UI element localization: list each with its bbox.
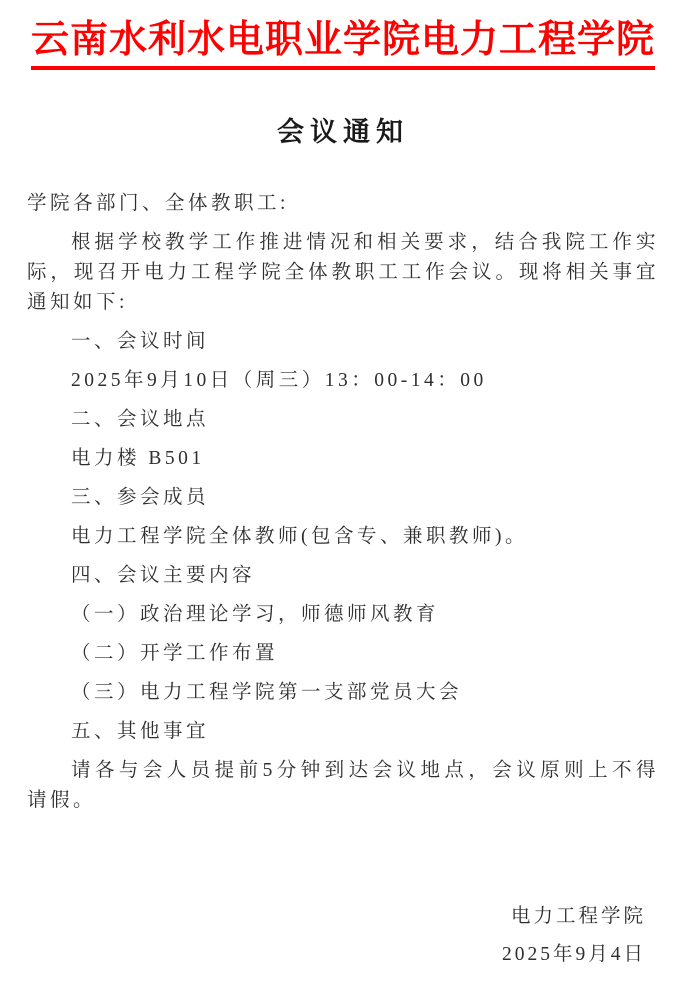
signature-org: 电力工程学院 (27, 898, 646, 936)
signature-date: 2025年9月4日 (27, 936, 646, 974)
letterhead-title: 云南水利水电职业学院电力工程学院 (27, 18, 659, 70)
notice-body: 学院各部门、全体教职工: 根据学校教学工作推进情况和相关要求，结合我院工作实际，… (27, 189, 659, 816)
letterhead-title-text: 云南水利水电职业学院电力工程学院 (31, 18, 655, 70)
item-meeting-place-heading: 二、会议地点 (27, 405, 659, 435)
item-agenda-3: （三）电力工程学院第一支部党员大会 (27, 678, 659, 708)
document-page: 云南水利水电职业学院电力工程学院 会议通知 学院各部门、全体教职工: 根据学校教… (0, 0, 686, 996)
item-agenda-1: （一）政治理论学习，师德师风教育 (27, 600, 659, 630)
signature-block: 电力工程学院 2025年9月4日 (27, 898, 659, 974)
item-meeting-place-value: 电力楼 B501 (27, 444, 659, 474)
notice-title: 会议通知 (27, 110, 659, 149)
intro-paragraph: 根据学校教学工作推进情况和相关要求，结合我院工作实际，现召开电力工程学院全体教职… (27, 228, 659, 318)
item-other-matters-heading: 五、其他事宜 (27, 717, 659, 747)
item-meeting-time-heading: 一、会议时间 (27, 327, 659, 357)
item-attendees-value: 电力工程学院全体教师(包含专、兼职教师)。 (27, 522, 659, 552)
item-agenda-heading: 四、会议主要内容 (27, 561, 659, 591)
salutation: 学院各部门、全体教职工: (27, 189, 659, 219)
item-agenda-2: （二）开学工作布置 (27, 639, 659, 669)
closing-paragraph: 请各与会人员提前5分钟到达会议地点，会议原则上不得请假。 (27, 756, 659, 816)
item-attendees-heading: 三、参会成员 (27, 483, 659, 513)
item-meeting-time-value: 2025年9月10日（周三）13：00-14：00 (27, 366, 659, 396)
